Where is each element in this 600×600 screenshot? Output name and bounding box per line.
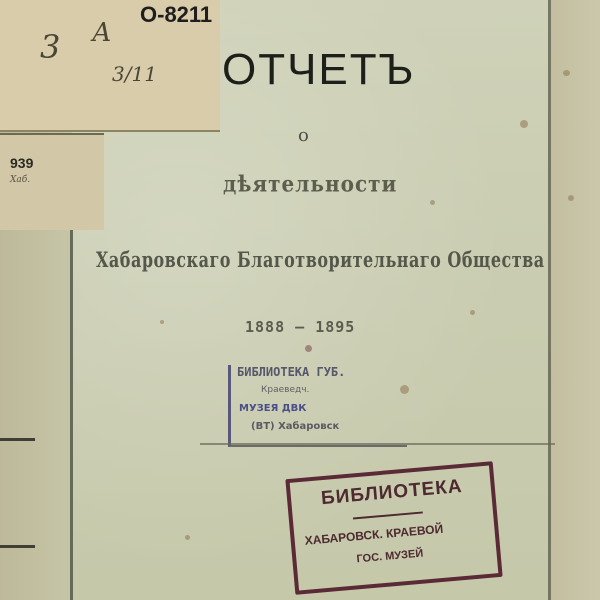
small-label-sub: Хаб. [10, 175, 30, 185]
stamp-line: ХАБАРОВСК. КРАЕВОЙ [304, 522, 444, 548]
horizontal-crease [200, 443, 555, 445]
stamp-line: БИБЛИОТЕКА [320, 476, 463, 510]
binding-mark [0, 545, 35, 548]
foxing-spot [470, 310, 475, 315]
title-subtitle: дѣятельности [223, 171, 397, 197]
handwritten-note: А [92, 18, 112, 48]
stamp-line: (ВТ) Хабаровск [251, 421, 339, 432]
foxing-spot [400, 385, 409, 394]
foxing-spot [430, 200, 435, 205]
stamp-divider [353, 511, 423, 519]
foxing-spot [520, 120, 528, 128]
stamp-line: МУЗЕЯ ДВК [239, 403, 306, 414]
foxing-spot [185, 535, 190, 540]
handwritten-note: 3/11 [112, 62, 157, 86]
stamp-line: ГОС. МУЗЕЙ [356, 548, 424, 566]
organization-name: Хабаровскаго Благотворительнаго Общества [96, 247, 536, 273]
foxing-spot [568, 195, 574, 201]
small-label: 939 Хаб. [0, 133, 104, 230]
document-cover: О-8211 3 А 3/11 939 Хаб. ОТЧЕТЪ о дѣятел… [0, 0, 600, 600]
spine-fold-line [70, 230, 73, 600]
small-label-number: 939 [10, 155, 33, 171]
library-label: О-8211 3 А 3/11 [0, 0, 220, 132]
stamp-line: БИБЛИОТЕКА ГУБ. [237, 365, 345, 379]
page-title: ОТЧЕТЪ [222, 45, 415, 95]
handwritten-note: 3 [40, 28, 60, 66]
stamp-line: Краеведч. [261, 385, 309, 395]
shelf-mark: О-8211 [140, 2, 212, 28]
years: 1888 — 1895 [245, 318, 355, 336]
foxing-spot [563, 70, 570, 76]
right-edge [551, 0, 600, 600]
foxing-spot [305, 345, 312, 352]
museum-stamp: БИБЛИОТЕКА ГУБ. Краеведч. МУЗЕЯ ДВК (ВТ)… [228, 365, 407, 447]
library-stamp: БИБЛИОТЕКА ХАБАРОВСК. КРАЕВОЙ ГОС. МУЗЕЙ [285, 461, 502, 595]
binding-mark [0, 438, 35, 441]
title-preposition: о [298, 125, 309, 146]
foxing-spot [160, 320, 164, 324]
